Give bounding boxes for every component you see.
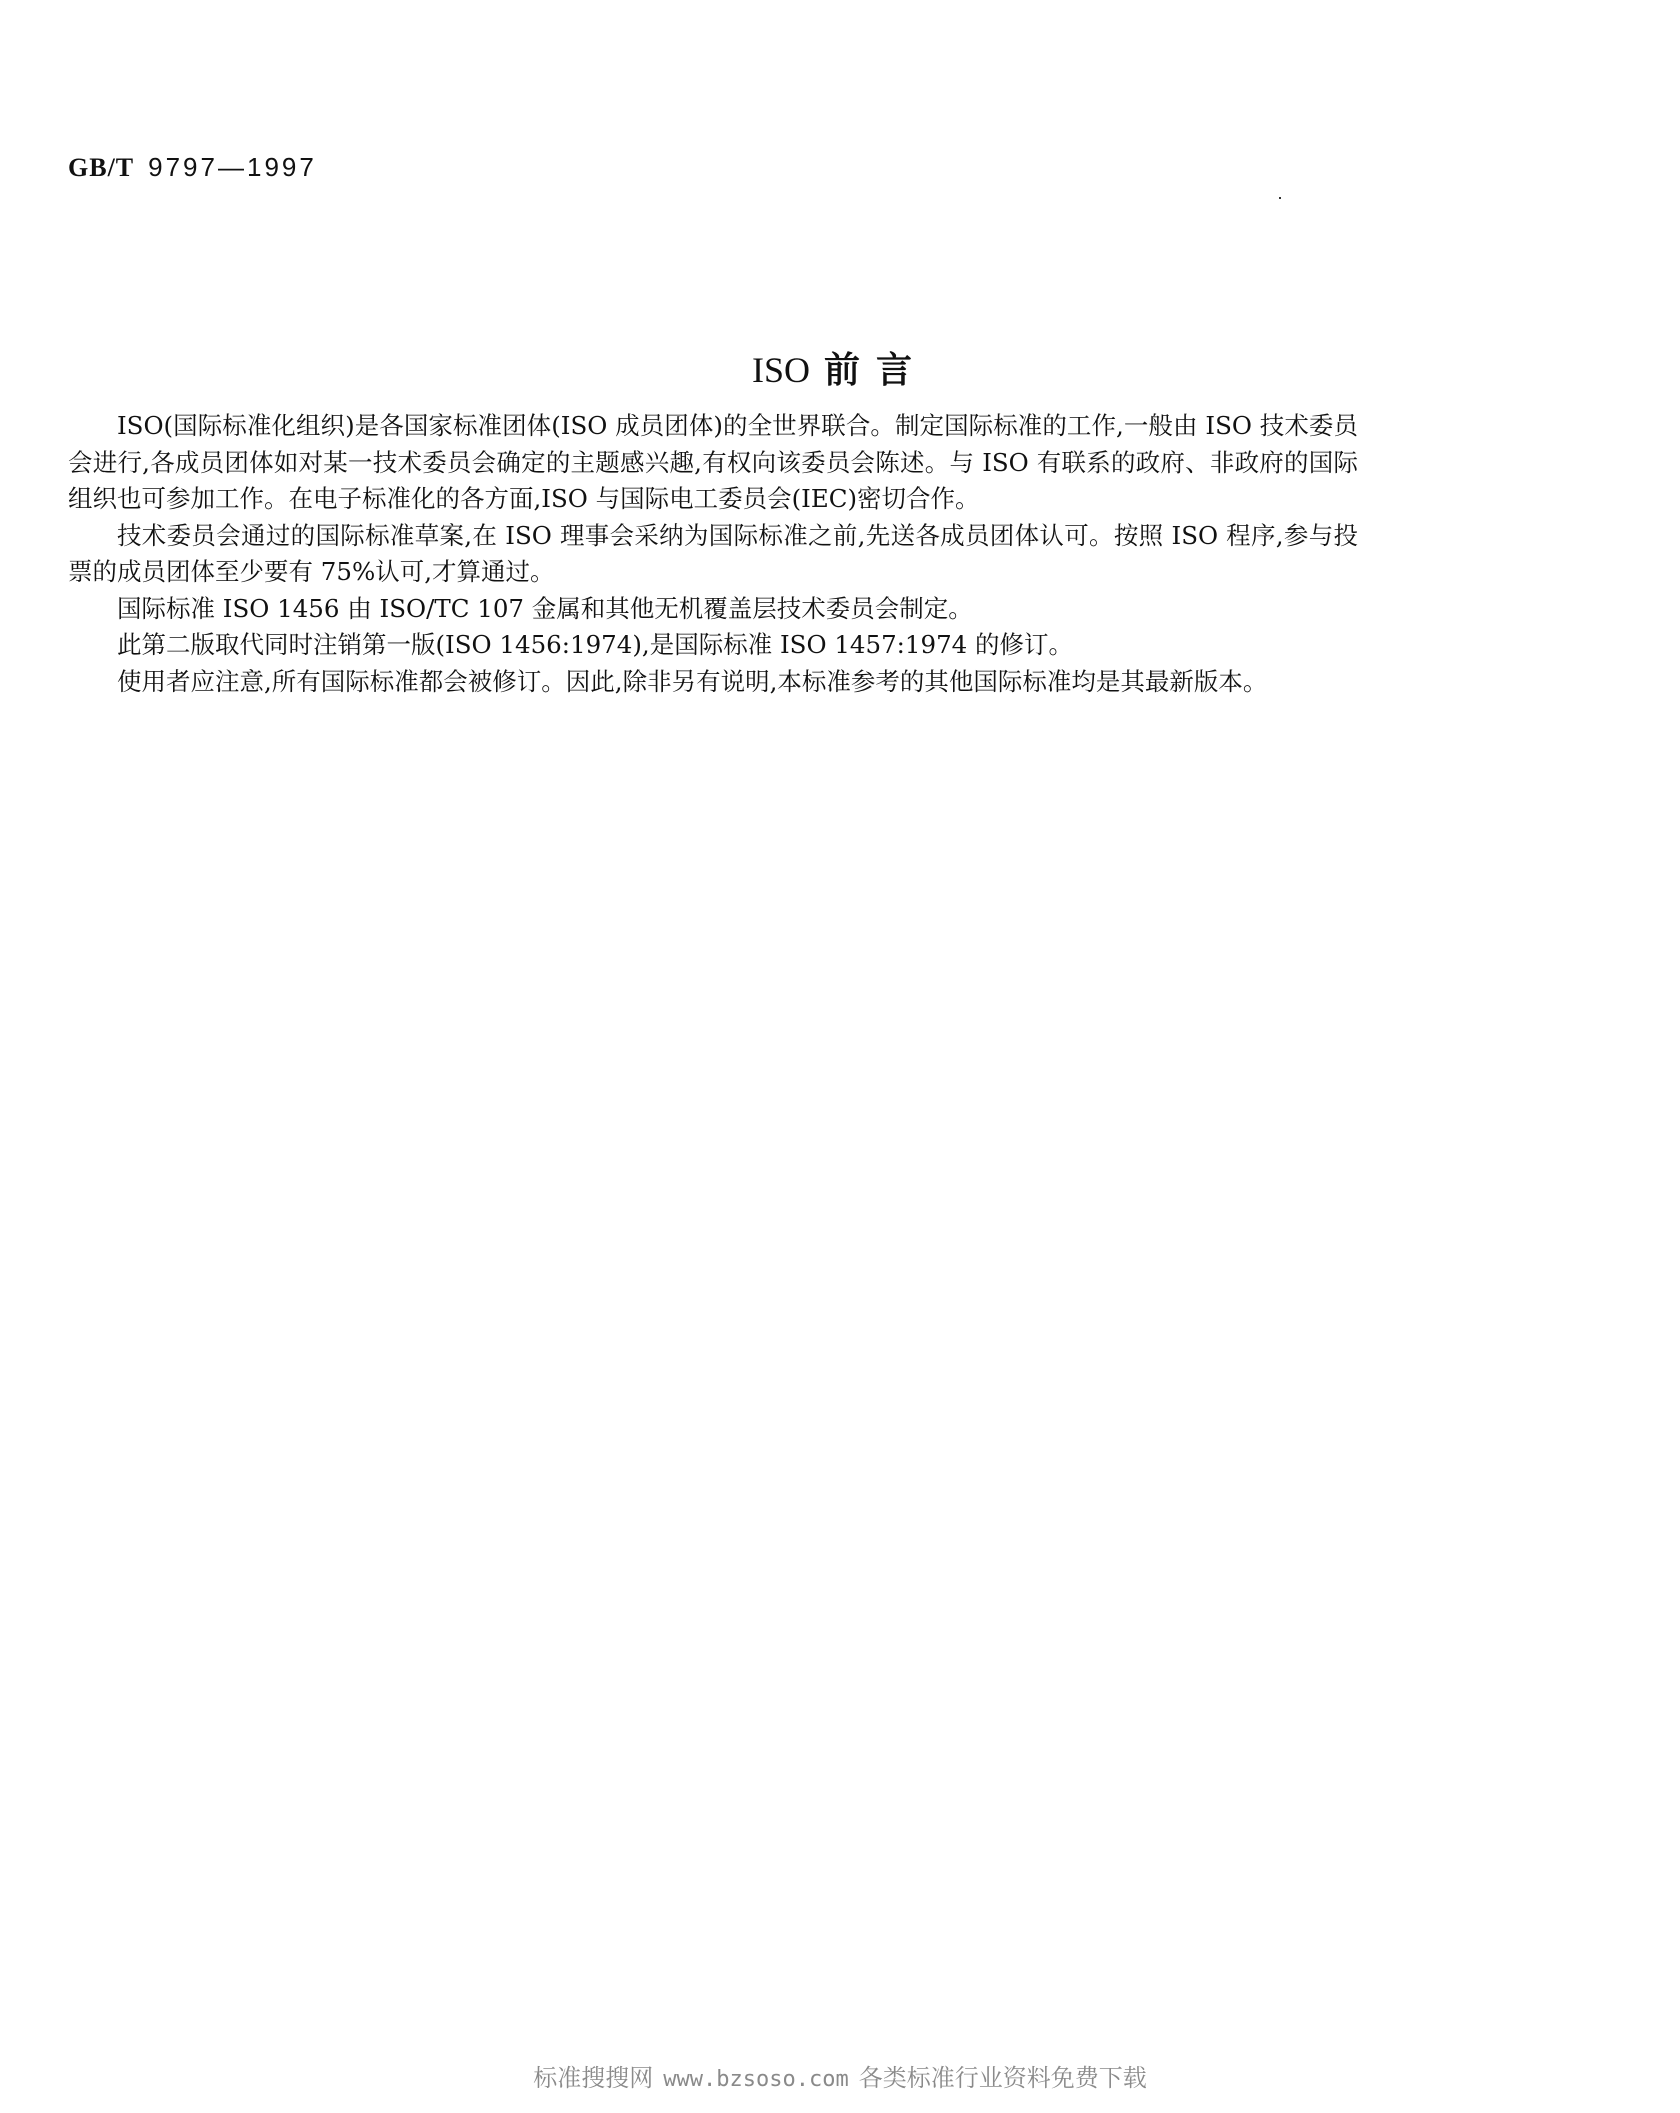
standard-code-header: GB/T9797—1997 xyxy=(68,152,317,183)
standard-number: 9797—1997 xyxy=(148,152,317,182)
footer-url[interactable]: www.bzsoso.com xyxy=(663,2067,848,2092)
paragraph-iso-organization: ISO(国际标准化组织)是各国家标准团体(ISO 成员团体)的全世界联合。制定国… xyxy=(68,408,1358,518)
scan-speck xyxy=(1279,197,1281,199)
footer-watermark: 标准搜搜网www.bzsoso.com各类标准行业资料免费下载 xyxy=(0,2058,1680,2093)
footer-tagline: 各类标准行业资料免费下载 xyxy=(859,2064,1147,2092)
paragraph-approval-process: 技术委员会通过的国际标准草案,在 ISO 理事会采纳为国际标准之前,先送各成员团… xyxy=(68,518,1358,591)
title-latin: ISO xyxy=(752,350,810,390)
foreword-body: ISO(国际标准化组织)是各国家标准团体(ISO 成员团体)的全世界联合。制定国… xyxy=(68,408,1358,700)
standard-prefix: GB/T xyxy=(68,153,134,182)
paragraph-revision-note: 使用者应注意,所有国际标准都会被修订。因此,除非另有说明,本标准参考的其他国际标… xyxy=(68,664,1358,701)
footer-site-name: 标准搜搜网 xyxy=(533,2064,653,2092)
title-cjk: 前言 xyxy=(824,349,928,391)
paragraph-committee: 国际标准 ISO 1456 由 ISO/TC 107 金属和其他无机覆盖层技术委… xyxy=(68,591,1358,628)
page-title: ISO前言 xyxy=(0,342,1680,393)
paragraph-edition: 此第二版取代同时注销第一版(ISO 1456:1974),是国际标准 ISO 1… xyxy=(68,627,1358,664)
